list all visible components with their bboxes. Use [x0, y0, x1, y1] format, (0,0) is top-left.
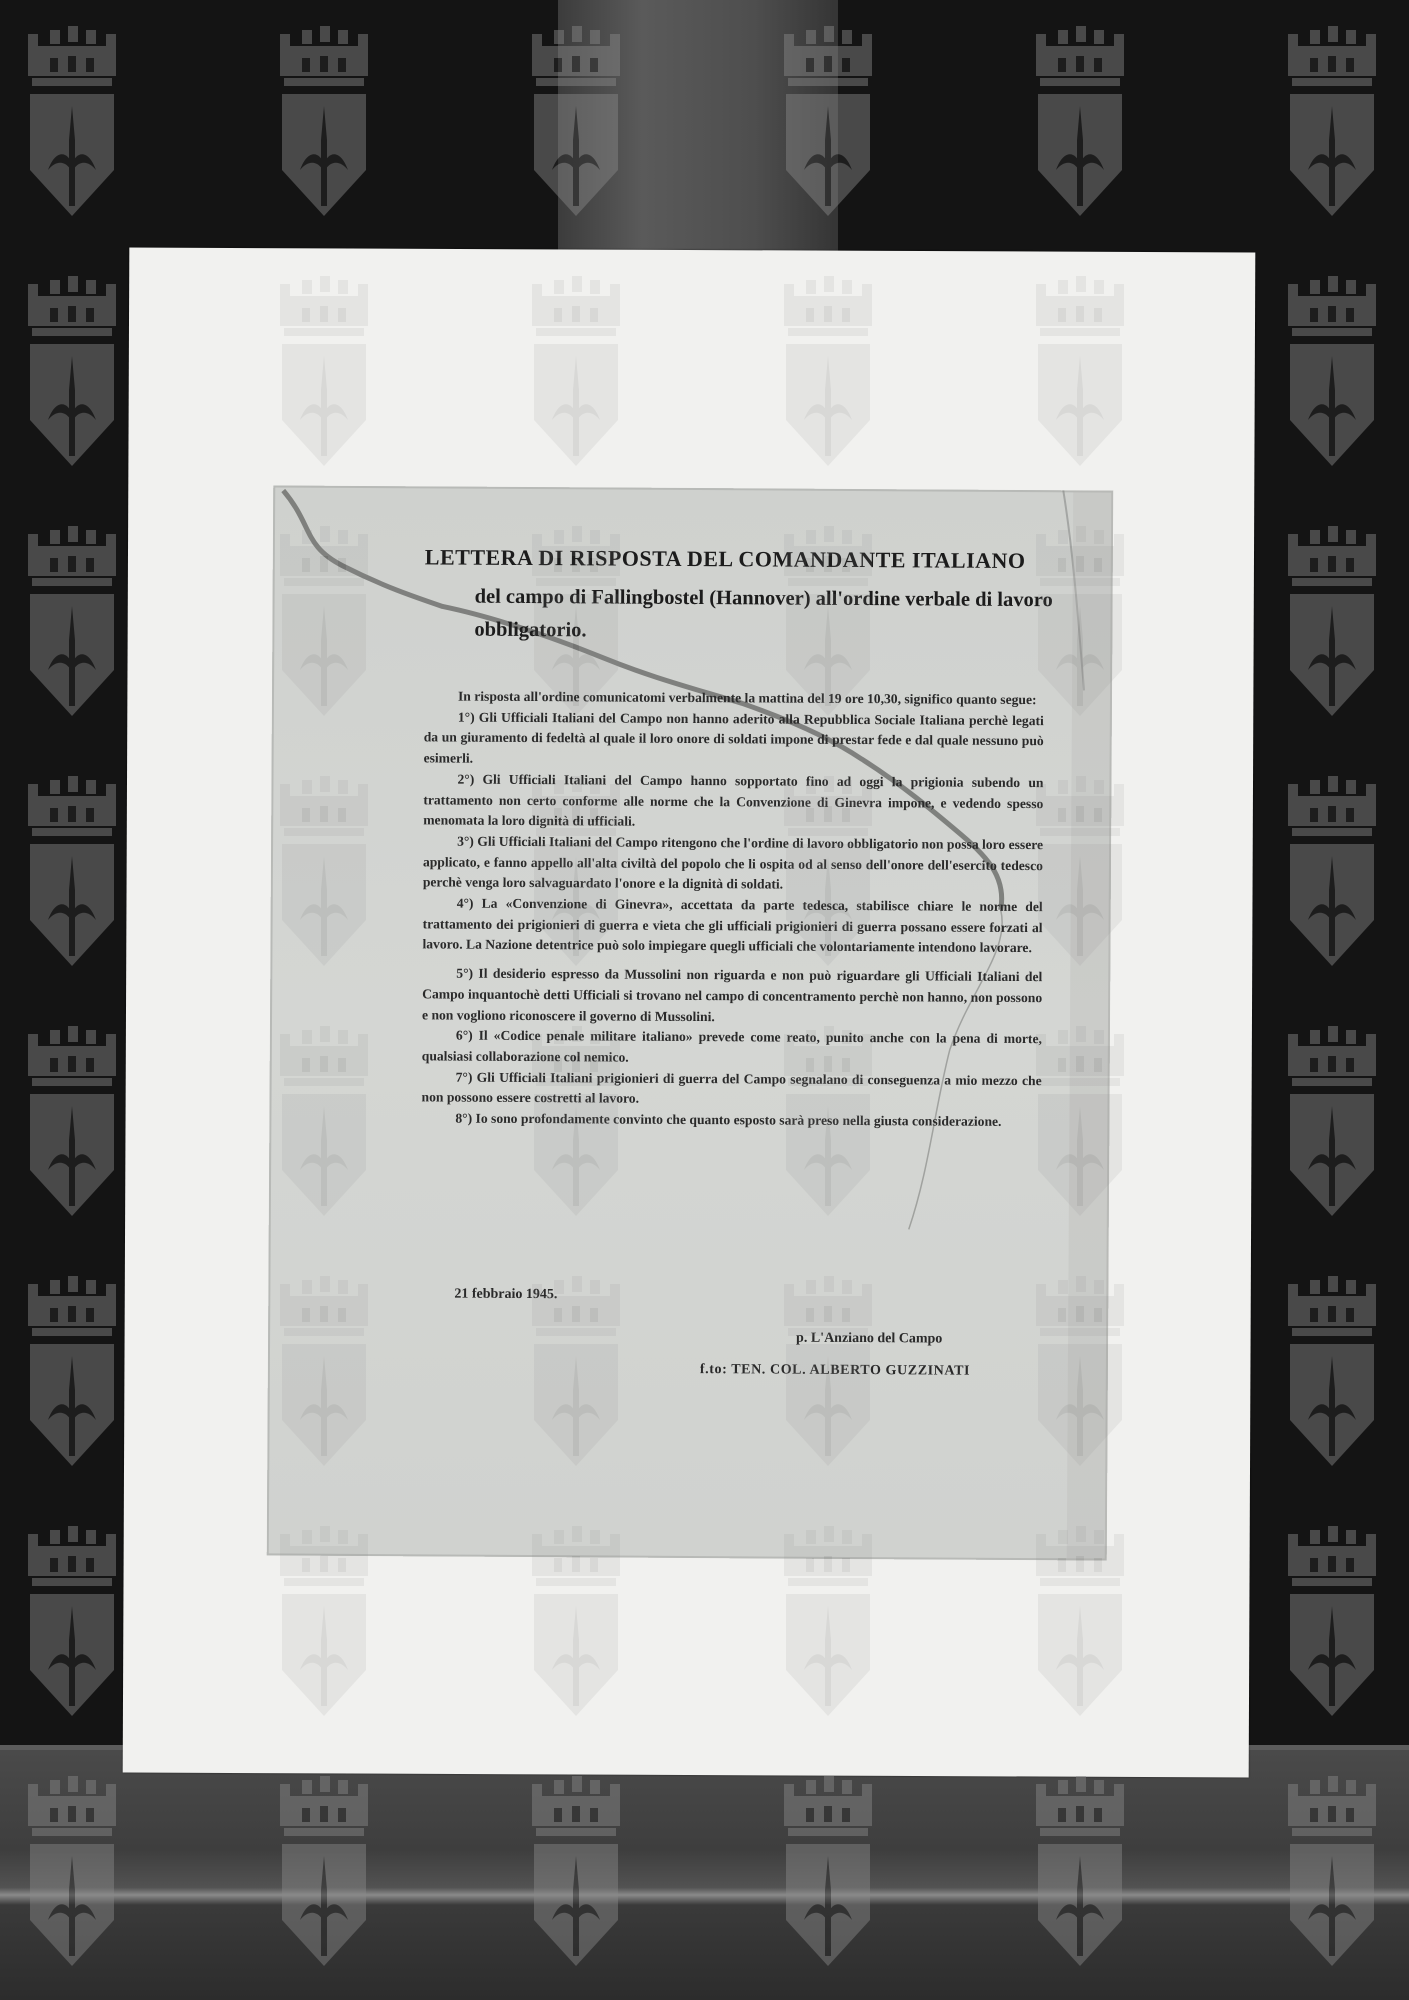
coat-of-arms-watermark-icon: [20, 270, 124, 470]
paragraph-point-4: 4°) La «Convenzione di Ginevra», accetta…: [422, 893, 1042, 959]
paragraph-point-8: 8°) Io sono profondamente convinto che q…: [421, 1108, 1041, 1132]
signature-name: f.to: TEN. COL. ALBERTO GUZZINATI: [700, 1362, 970, 1380]
coat-of-arms-watermark-icon: [20, 1270, 124, 1470]
coat-of-arms-watermark-icon: [1280, 770, 1384, 970]
coat-of-arms-watermark-icon: [20, 20, 124, 220]
paragraph-point-3: 3°) Gli Ufficiali Italiani del Campo rit…: [423, 831, 1043, 897]
letter-body: In risposta all'ordine comunicatomi verb…: [421, 686, 1044, 1133]
coat-of-arms-watermark-icon: [20, 1020, 124, 1220]
paragraph-point-2: 2°) Gli Ufficiali Italiani del Campo han…: [423, 769, 1043, 835]
letter-heading: LETTERA DI RISPOSTA DEL COMANDANTE ITALI…: [424, 544, 1075, 650]
coat-of-arms-watermark-icon: [1280, 520, 1384, 720]
coat-of-arms-watermark-icon: [1280, 1270, 1384, 1470]
paragraph-point-1: 1°) Gli Ufficiali Italiani del Campo non…: [424, 707, 1044, 773]
coat-of-arms-watermark-icon: [20, 1520, 124, 1720]
coat-of-arms-watermark-icon: [1280, 270, 1384, 470]
coat-of-arms-watermark-icon: [272, 20, 376, 220]
easel-post: [558, 0, 838, 260]
coat-of-arms-watermark-icon: [1280, 1520, 1384, 1720]
letter-date: 21 febbraio 1945.: [454, 1287, 557, 1304]
paragraph-point-5: 5°) Il desiderio espresso da Mussolini n…: [422, 964, 1042, 1030]
paragraph-point-7: 7°) Gli Ufficiali Italiani prigionieri d…: [421, 1067, 1041, 1112]
paragraph-point-6: 6°) Il «Codice penale militare italiano»…: [422, 1026, 1042, 1071]
coat-of-arms-watermark-icon: [20, 770, 124, 970]
easel-shelf: [0, 1750, 1409, 2000]
signature-role: p. L'Anziano del Campo: [796, 1331, 942, 1348]
coat-of-arms-watermark-icon: [1028, 20, 1132, 220]
letter-title: LETTERA DI RISPOSTA DEL COMANDANTE ITALI…: [425, 544, 1075, 574]
letter-subtitle: del campo di Fallingbostel (Hannover) al…: [424, 580, 1074, 650]
coat-of-arms-watermark-icon: [20, 520, 124, 720]
coat-of-arms-watermark-icon: [1280, 20, 1384, 220]
coat-of-arms-watermark-icon: [1280, 1020, 1384, 1220]
printed-letter: LETTERA DI RISPOSTA DEL COMANDANTE ITALI…: [267, 485, 1114, 1560]
